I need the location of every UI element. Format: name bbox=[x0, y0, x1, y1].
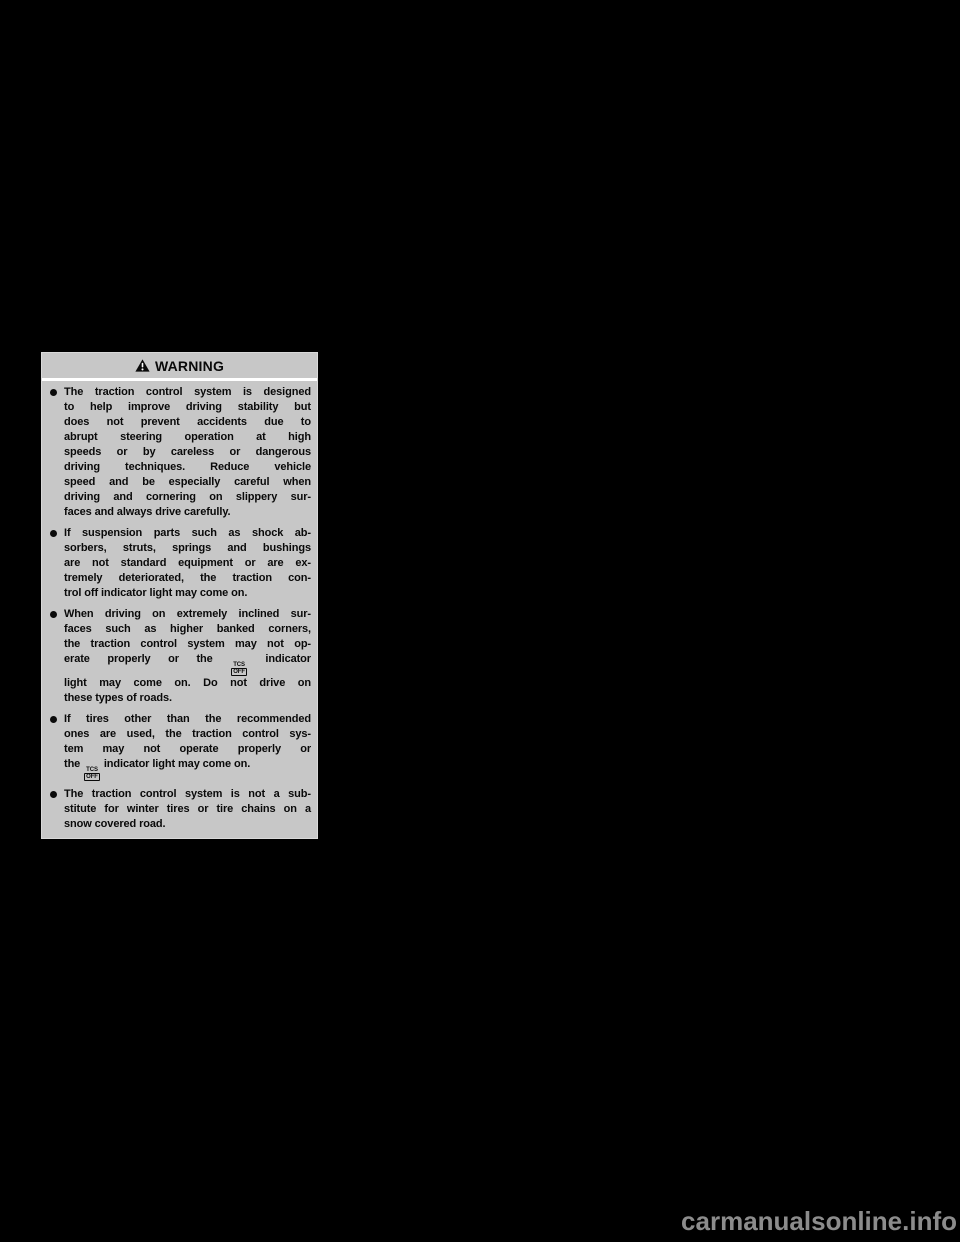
text-line: erate properly or the TCSOFF indicator bbox=[64, 652, 311, 676]
text-line: If suspension parts such as shock ab- bbox=[64, 526, 311, 541]
text-line: are not standard equipment or are ex- bbox=[64, 556, 311, 571]
warning-bullet-text: If suspension parts such as shock ab-sor… bbox=[64, 526, 311, 601]
text-line: The traction control system is not a sub… bbox=[64, 787, 311, 802]
warning-bullet-item: When driving on extremely inclined sur-f… bbox=[49, 607, 311, 706]
text-line: sorbers, struts, springs and bushings bbox=[64, 541, 311, 556]
warning-bullet-item: The traction control system is not a sub… bbox=[49, 787, 311, 832]
text-line: driving and cornering on slippery sur- bbox=[64, 490, 311, 505]
text-line: speeds or by careless or dangerous bbox=[64, 445, 311, 460]
text-line: faces such as higher banked corners, bbox=[64, 622, 311, 637]
text-line: snow covered road. bbox=[64, 817, 311, 832]
text-line: speed and be especially careful when bbox=[64, 475, 311, 490]
tcs-off-indicator-icon: TCSOFF bbox=[84, 767, 100, 781]
bullet-dot-icon bbox=[50, 389, 57, 396]
text-line: tem may not operate properly or bbox=[64, 742, 311, 757]
bullet-dot-icon bbox=[50, 716, 57, 723]
warning-bullet-text: The traction control system is designedt… bbox=[64, 385, 311, 520]
text-line: driving techniques. Reduce vehicle bbox=[64, 460, 311, 475]
bullet-dot-icon bbox=[50, 611, 57, 618]
text-line: does not prevent accidents due to bbox=[64, 415, 311, 430]
tcs-off-indicator-icon: TCSOFF bbox=[231, 662, 247, 676]
off-label: OFF bbox=[231, 668, 247, 676]
bullet-dot-icon bbox=[50, 530, 57, 537]
warning-bullet-text: When driving on extremely inclined sur-f… bbox=[64, 607, 311, 706]
text-line: the traction control system may not op- bbox=[64, 637, 311, 652]
warning-bullet-item: The traction control system is designedt… bbox=[49, 385, 311, 520]
watermark: carmanualsonline.info bbox=[681, 1206, 957, 1237]
warning-triangle-icon bbox=[135, 359, 150, 372]
text-line: ones are used, the traction control sys- bbox=[64, 727, 311, 742]
warning-bullet-item: If tires other than the recommendedones … bbox=[49, 712, 311, 781]
warning-bullet-text: The traction control system is not a sub… bbox=[64, 787, 311, 832]
bullet-dot-icon bbox=[50, 791, 57, 798]
warning-title: WARNING bbox=[155, 358, 224, 374]
text-line: When driving on extremely inclined sur- bbox=[64, 607, 311, 622]
text-line: to help improve driving stability but bbox=[64, 400, 311, 415]
text-line: abrupt steering operation at high bbox=[64, 430, 311, 445]
text-line: trol off indicator light may come on. bbox=[64, 586, 311, 601]
off-label: OFF bbox=[84, 773, 100, 781]
text-line: The traction control system is designed bbox=[64, 385, 311, 400]
text-line: light may come on. Do not drive on bbox=[64, 676, 311, 691]
warning-bullet-item: If suspension parts such as shock ab-sor… bbox=[49, 526, 311, 601]
warning-body: The traction control system is designedt… bbox=[42, 381, 317, 838]
warning-bullet-text: If tires other than the recommendedones … bbox=[64, 712, 311, 781]
text-line: these types of roads. bbox=[64, 691, 311, 706]
text-line: the TCSOFF indicator light may come on. bbox=[64, 757, 311, 781]
text-line: tremely deteriorated, the traction con- bbox=[64, 571, 311, 586]
text-line: faces and always drive carefully. bbox=[64, 505, 311, 520]
text-line: stitute for winter tires or tire chains … bbox=[64, 802, 311, 817]
warning-header: WARNING bbox=[42, 353, 317, 378]
text-line: If tires other than the recommended bbox=[64, 712, 311, 727]
warning-box: WARNING The traction control system is d… bbox=[41, 352, 318, 839]
